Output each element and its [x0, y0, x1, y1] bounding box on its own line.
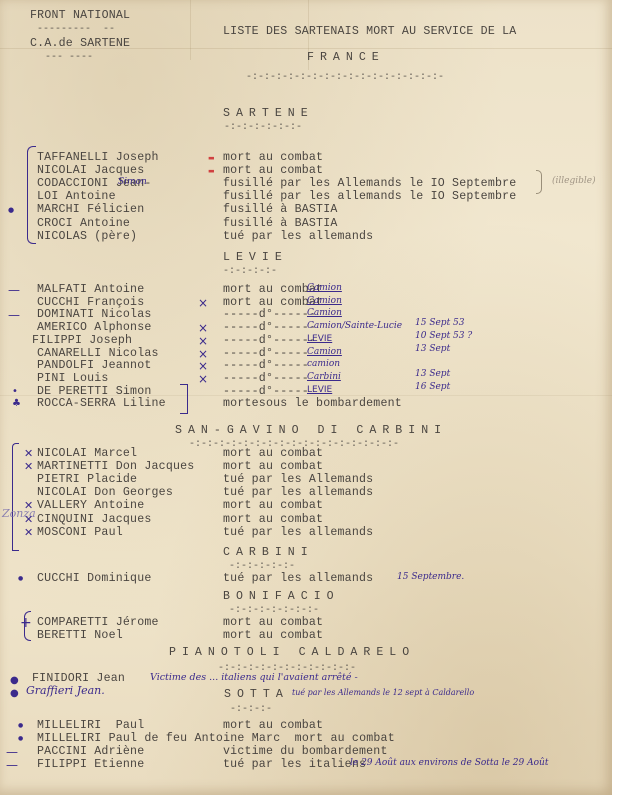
entry-name: AMERICO Alphonse	[37, 321, 152, 334]
org-name: FRONT NATIONAL	[30, 9, 130, 22]
red-dash-icon: ▬	[208, 166, 215, 176]
bracket-mark	[12, 443, 19, 551]
entry-name: MOSCONI Paul	[37, 526, 123, 539]
entry-name: MILLELIRI Paul	[37, 719, 144, 732]
handwritten-date: 15 Sept 53	[415, 318, 465, 328]
entry-name: NICOLAI Jacques	[37, 164, 144, 177]
handwritten-note: tué par les Allemands le 12 sept à Calda…	[292, 688, 474, 697]
entry-status: mort au combat	[223, 151, 323, 164]
handwritten-date: 13 Sept	[415, 369, 450, 379]
section-title-sotta: SOTTA	[224, 688, 289, 701]
entry-status: tué par les Allemands	[223, 473, 373, 486]
entry-status: fusillé par les allemands le IO Septembr…	[223, 190, 516, 203]
entry-name: PACCINI Adriène	[37, 745, 144, 758]
margin-note: (illegible)	[552, 176, 596, 186]
entry-name: PINI Louis	[37, 372, 109, 385]
cross-mark-icon: ✕	[24, 501, 33, 511]
section-sep: -:-:-:-:-	[223, 265, 277, 278]
cross-mark-icon: ×	[198, 298, 208, 308]
handwritten-note: LEVIE	[307, 334, 332, 344]
dash-mark-icon: —	[6, 747, 18, 757]
dot-mark-icon: ●	[18, 721, 23, 731]
cross-mark-icon: ✕	[24, 462, 33, 472]
section-sep: -:-:-:-	[230, 703, 272, 716]
title-separator: -:-:-:-:-:-:-:-:-:-:-:-:-:-:-:-:-	[246, 71, 444, 84]
entry-status: fusillé par les Allemands le IO Septembr…	[223, 177, 516, 190]
entry-status: tué par les allemands	[223, 572, 373, 585]
entry-name: CROCI Antoine	[37, 217, 130, 230]
entry-status: -----d°------	[223, 334, 316, 347]
entry-name-handwritten: Graffieri Jean.	[26, 684, 105, 697]
committee-name: C.A.de SARTENE	[30, 37, 130, 50]
cross-mark-icon: ×	[198, 361, 208, 371]
dot-mark: ●	[10, 676, 19, 686]
cross-mark-icon: ×	[198, 349, 208, 359]
entry-status: victime du bombardement	[223, 745, 388, 758]
handwritten-note: Camion	[307, 347, 342, 357]
handwritten-note: 15 Septembre.	[397, 572, 464, 582]
dot-mark: ●	[10, 689, 19, 699]
entry-status: tué par les italiens	[223, 758, 366, 771]
dash-mark-icon: —	[6, 760, 18, 770]
entry-status: tué par les allemands	[223, 486, 373, 499]
entry-status: tué par les allemands	[223, 526, 373, 539]
handwritten-note: le 29 Août aux environs de Sotta le 29 A…	[350, 758, 548, 768]
org-rule: --------- --	[37, 23, 115, 36]
cross-mark-icon: ✕	[24, 515, 33, 525]
entry-status: fusillé à BASTIA	[223, 217, 338, 230]
bracket-mark	[180, 384, 188, 414]
entry-name: MARCHI Félicien	[37, 203, 144, 216]
entry-status: mort au combat	[223, 629, 323, 642]
entry-status: mortesous le bombardement	[223, 397, 402, 410]
handwritten-date: 16 Sept	[415, 382, 450, 392]
entry-name: VALLERY Antoine	[37, 499, 144, 512]
entry-status: fusillé à BASTIA	[223, 203, 338, 216]
bracket-mark	[536, 170, 542, 194]
entry-status: mort au combat	[223, 616, 323, 629]
paper-crease	[190, 0, 191, 60]
dash-mark-icon: —	[8, 310, 20, 320]
section-title-pianotoli: PIANOTOLI CALDARELO	[169, 646, 415, 659]
plus-mark-icon: +	[20, 618, 32, 628]
entry-name: ROCCA-SERRA Liline	[37, 397, 166, 410]
handwritten-note: Camion/Sainte-Lucie	[307, 321, 402, 331]
red-dash-icon: ▬	[208, 153, 215, 163]
entry-name: PIETRI Placide	[37, 473, 137, 486]
entry-status: mort au combat	[223, 513, 323, 526]
entry-name: DOMINATI Nicolas	[37, 308, 152, 321]
section-title-bonifacio: BONIFACIO	[223, 590, 340, 603]
handwritten-note: Camion	[307, 308, 342, 318]
section-sep: -:-:-:-:-:-:-	[224, 121, 302, 134]
section-title-levie: LEVIE	[223, 251, 288, 264]
handwritten-note: camion	[307, 359, 340, 369]
entry-name: FILIPPI Joseph	[32, 334, 132, 347]
entry-name: CUCCHI Dominique	[37, 572, 152, 585]
entry-status: tué par les allemands	[223, 230, 373, 243]
section-title-sartene: SARTENE	[223, 107, 314, 120]
cross-mark-icon: ×	[198, 336, 208, 346]
entry-name: BERETTI Noel	[37, 629, 123, 642]
entry-name: COMPARETTI Jérome	[37, 616, 159, 629]
dot-mark-icon: •	[12, 387, 18, 397]
handwritten-note: Camion	[307, 283, 342, 293]
bracket-mark	[27, 146, 36, 244]
cross-mark-icon: ×	[198, 374, 208, 384]
document-title: LISTE DES SARTENAIS MORT AU SERVICE DE L…	[223, 25, 516, 38]
committee-rule: --- ----	[45, 51, 93, 64]
dot-mark-icon: ●	[18, 574, 23, 584]
entry-status: -----d°------	[223, 308, 316, 321]
entry-status: -----d°------	[223, 321, 316, 334]
entry-name: MILLELIRI Paul de feu Antoine Marc mort …	[37, 732, 395, 745]
cross-mark-icon: ✕	[24, 528, 33, 538]
handwritten-date: 13 Sept	[415, 344, 450, 354]
handwritten-date: 10 Sept 53 ?	[415, 331, 472, 341]
entry-name: NICOLAS (père)	[37, 230, 137, 243]
entry-status: mort au combat	[223, 499, 323, 512]
entry-status: mort au combat	[223, 447, 323, 460]
handwritten-note: Simon	[118, 177, 147, 187]
entry-name: NICOLAI Don Georges	[37, 486, 173, 499]
cross-mark-icon: ×	[198, 323, 208, 333]
dot-mark-icon: ●	[8, 205, 14, 215]
entry-name: NICOLAI Marcel	[37, 447, 137, 460]
cross-mark-icon: ✕	[24, 449, 33, 459]
entry-name: CINQUINI Jacques	[37, 513, 152, 526]
dot-mark-icon: ●	[18, 734, 23, 744]
entry-name: LOI Antoine	[37, 190, 116, 203]
dot-mark-icon: ♣	[12, 399, 21, 409]
document-title-line2: FRANCE	[307, 51, 385, 64]
entry-status: -----d°-----	[223, 372, 309, 385]
entry-name: TAFFANELLI Joseph	[37, 151, 159, 164]
entry-name: MALFATI Antoine	[37, 283, 144, 296]
section-title-san-gavino: SAN-GAVINO DI CARBINI	[175, 424, 447, 437]
entry-name: FILIPPI Etienne	[37, 758, 144, 771]
handwritten-note: Camion	[307, 296, 342, 306]
entry-name: MARTINETTI Don Jacques	[37, 460, 194, 473]
dash-mark-icon: —	[8, 285, 20, 295]
handwritten-note: Carbini	[307, 372, 341, 382]
handwritten-note: Victime des ... italiens qui l'avaient a…	[150, 672, 358, 683]
entry-status: mort au combat	[223, 460, 323, 473]
entry-status: mort au combat	[223, 719, 323, 732]
section-title-carbini: CARBINI	[223, 546, 314, 559]
entry-status: -----d°-----	[223, 359, 309, 372]
entry-name: PANDOLFI Jeannot	[37, 359, 152, 372]
handwritten-note: LEVIE	[307, 385, 332, 395]
entry-status: mort au combat	[223, 164, 323, 177]
